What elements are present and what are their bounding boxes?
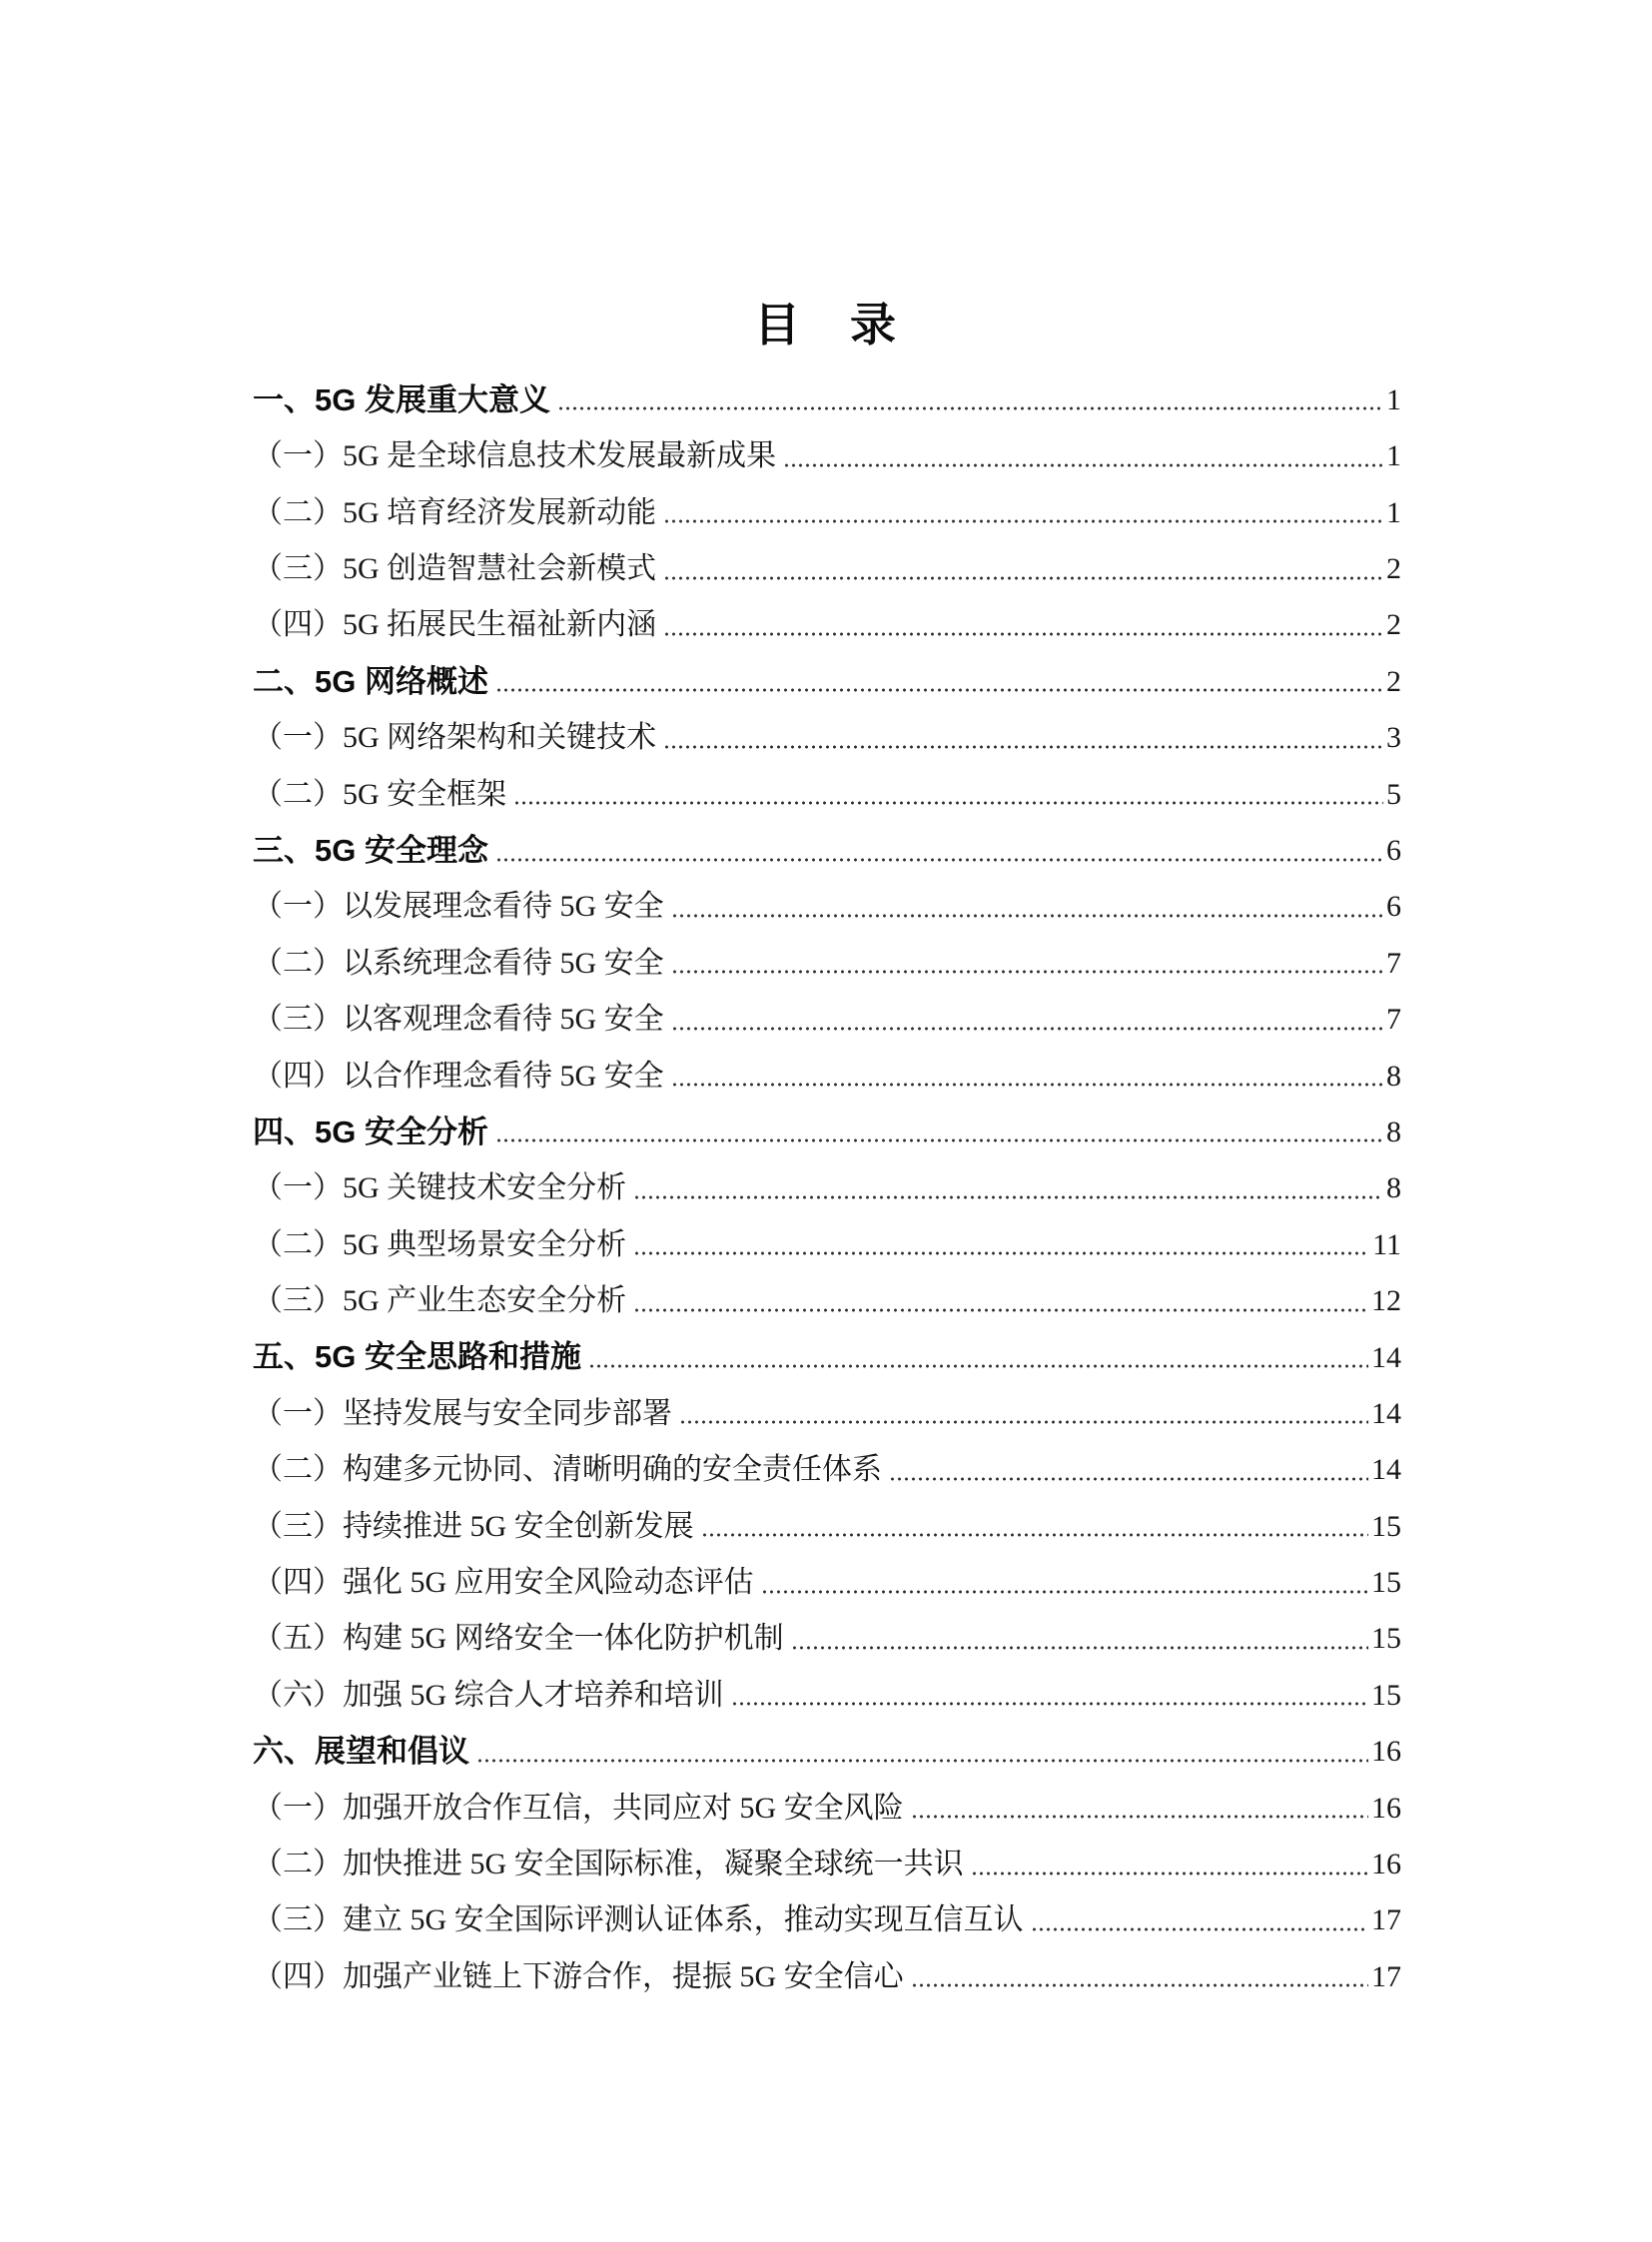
- toc-entry-page: 1: [1386, 439, 1401, 474]
- toc-entry: （一）以发展理念看待 5G 安全 6: [253, 869, 1401, 925]
- toc-entry: （二）加快推进 5G 安全国际标准，凝聚全球统一共识 16: [253, 1826, 1401, 1881]
- toc-entry-label: （一）5G 关键技术安全分析: [253, 1171, 626, 1206]
- toc-entry: （四）5G 拓展民生福祉新内涵 2: [253, 587, 1401, 643]
- toc-entry: （四）加强产业链上下游合作，提振 5G 安全信心 17: [253, 1938, 1401, 1994]
- toc-entry: 六、展望和倡议 16: [253, 1713, 1401, 1769]
- toc-entry-label: （四）5G 拓展民生福祉新内涵: [253, 608, 656, 643]
- toc-entry: （二）5G 典型场景安全分析 11: [253, 1206, 1401, 1262]
- toc-entry: （二）5G 培育经济发展新动能 1: [253, 474, 1401, 530]
- toc-entry: （一）5G 网络架构和关键技术 3: [253, 699, 1401, 755]
- toc-entry-label: （一）5G 网络架构和关键技术: [253, 721, 656, 756]
- toc-entry-label: （一）加强开放合作互信，共同应对 5G 安全风险: [253, 1792, 904, 1827]
- toc-entry-page: 16: [1371, 1848, 1401, 1882]
- toc-dot-leader: [588, 1363, 1368, 1369]
- toc-entry-label: （一）坚持发展与安全同步部署: [253, 1397, 672, 1432]
- toc-dot-leader: [679, 1419, 1368, 1425]
- toc-dot-leader: [701, 1532, 1368, 1538]
- toc-dot-leader: [633, 1194, 1383, 1200]
- toc-entry: （六）加强 5G 综合人才培养和培训 15: [253, 1657, 1401, 1713]
- toc-entry-page: 3: [1386, 721, 1401, 756]
- toc-entry-page: 8: [1386, 1060, 1401, 1095]
- toc-entry-page: 12: [1371, 1284, 1401, 1319]
- toc-entry-page: 14: [1371, 1397, 1401, 1432]
- toc-dot-leader: [663, 575, 1383, 581]
- toc-entry-page: 17: [1371, 1903, 1401, 1938]
- toc-entry-label: 四、5G 安全分析: [253, 1115, 488, 1150]
- toc-dot-leader: [557, 405, 1383, 411]
- toc-dot-leader: [671, 913, 1383, 919]
- toc-dot-leader: [495, 687, 1383, 693]
- toc-entry: （四）以合作理念看待 5G 安全 8: [253, 1038, 1401, 1094]
- toc-entry-label: （五）构建 5G 网络安全一体化防护机制: [253, 1622, 784, 1657]
- toc-entry-label: （四）强化 5G 应用安全风险动态评估: [253, 1566, 754, 1601]
- toc-entry: （二）以系统理念看待 5G 安全 7: [253, 925, 1401, 981]
- toc-entry-label: （六）加强 5G 综合人才培养和培训: [253, 1679, 724, 1714]
- toc-entry-label: 六、展望和倡议: [253, 1734, 469, 1770]
- toc-entry-page: 16: [1371, 1735, 1401, 1770]
- toc-entry: （一）5G 是全球信息技术发展最新成果 1: [253, 417, 1401, 473]
- toc-entry-label: （三）建立 5G 安全国际评测认证体系，推动实现互信互认: [253, 1903, 1024, 1938]
- toc-entry: （三）5G 产业生态安全分析 12: [253, 1262, 1401, 1318]
- toc-list: 一、5G 发展重大意义 1 （一）5G 是全球信息技术发展最新成果 1 （二）5…: [253, 362, 1401, 1994]
- toc-entry: （一）加强开放合作互信，共同应对 5G 安全风险 16: [253, 1770, 1401, 1826]
- toc-entry-page: 15: [1371, 1566, 1401, 1601]
- toc-dot-leader: [476, 1758, 1368, 1764]
- toc-dot-leader: [911, 1982, 1368, 1988]
- toc-entry-page: 1: [1386, 383, 1401, 418]
- toc-dot-leader: [671, 1026, 1383, 1032]
- toc-dot-leader: [761, 1589, 1368, 1595]
- toc-entry-page: 5: [1386, 778, 1401, 813]
- toc-dot-leader: [633, 1250, 1369, 1256]
- toc-entry: 五、5G 安全思路和措施 14: [253, 1319, 1401, 1375]
- toc-dot-leader: [495, 857, 1383, 863]
- toc-entry-label: （三）5G 产业生态安全分析: [253, 1284, 626, 1319]
- toc-dot-leader: [783, 462, 1383, 468]
- toc-entry: （一）坚持发展与安全同步部署 14: [253, 1375, 1401, 1431]
- toc-entry-page: 11: [1372, 1228, 1401, 1263]
- toc-dot-leader: [671, 969, 1383, 975]
- toc-dot-leader: [971, 1870, 1368, 1876]
- toc-entry-page: 7: [1386, 1003, 1401, 1038]
- toc-entry-page: 16: [1371, 1792, 1401, 1827]
- toc-entry: 二、5G 网络概述 2: [253, 643, 1401, 699]
- toc-entry: 三、5G 安全理念 6: [253, 812, 1401, 868]
- toc-entry: （五）构建 5G 网络安全一体化防护机制 15: [253, 1601, 1401, 1657]
- toc-entry-page: 14: [1371, 1453, 1401, 1488]
- toc-entry-page: 1: [1386, 496, 1401, 531]
- page-title: 目 录: [0, 300, 1652, 351]
- toc-entry: （三）持续推进 5G 安全创新发展 15: [253, 1488, 1401, 1544]
- toc-dot-leader: [791, 1645, 1368, 1651]
- toc-entry-label: （二）以系统理念看待 5G 安全: [253, 947, 664, 982]
- toc-entry-label: （二）5G 培育经济发展新动能: [253, 496, 656, 531]
- toc-entry: （三）建立 5G 安全国际评测认证体系，推动实现互信互认 17: [253, 1882, 1401, 1938]
- toc-dot-leader: [663, 631, 1383, 637]
- toc-dot-leader: [889, 1476, 1368, 1482]
- toc-entry-label: 五、5G 安全思路和措施: [253, 1339, 581, 1375]
- toc-entry-page: 7: [1386, 947, 1401, 982]
- toc-entry-page: 6: [1386, 890, 1401, 925]
- toc-dot-leader: [663, 744, 1383, 750]
- toc-entry: 一、5G 发展重大意义 1: [253, 362, 1401, 417]
- toc-entry-page: 8: [1386, 1116, 1401, 1150]
- toc-entry: 四、5G 安全分析 8: [253, 1094, 1401, 1149]
- toc-entry-label: （三）以客观理念看待 5G 安全: [253, 1003, 664, 1038]
- toc-dot-leader: [495, 1137, 1383, 1143]
- toc-entry-label: （三）持续推进 5G 安全创新发展: [253, 1510, 694, 1545]
- toc-entry-page: 17: [1371, 1960, 1401, 1995]
- toc-entry-label: （二）5G 典型场景安全分析: [253, 1228, 626, 1263]
- toc-entry-label: 二、5G 网络概述: [253, 664, 488, 700]
- toc-entry-page: 2: [1386, 552, 1401, 587]
- toc-entry-label: 三、5G 安全理念: [253, 833, 488, 869]
- toc-entry-page: 14: [1371, 1341, 1401, 1376]
- toc-entry-page: 2: [1386, 608, 1401, 643]
- toc-entry-page: 15: [1371, 1622, 1401, 1657]
- toc-entry-label: （四）以合作理念看待 5G 安全: [253, 1060, 664, 1095]
- toc-entry-label: （一）以发展理念看待 5G 安全: [253, 890, 664, 925]
- toc-entry-page: 2: [1386, 665, 1401, 700]
- toc-dot-leader: [731, 1701, 1368, 1707]
- toc-dot-leader: [663, 518, 1383, 524]
- toc-entry-label: （二）5G 安全框架: [253, 778, 506, 813]
- toc-entry-label: （一）5G 是全球信息技术发展最新成果: [253, 439, 776, 474]
- toc-entry: （一）5G 关键技术安全分析 8: [253, 1149, 1401, 1205]
- toc-dot-leader: [513, 800, 1383, 806]
- toc-entry-page: 15: [1371, 1679, 1401, 1714]
- toc-entry-page: 15: [1371, 1510, 1401, 1545]
- toc-entry: （四）强化 5G 应用安全风险动态评估 15: [253, 1544, 1401, 1600]
- toc-dot-leader: [1031, 1926, 1368, 1932]
- toc-entry: （三）以客观理念看待 5G 安全 7: [253, 981, 1401, 1037]
- toc-entry-label: （二）加快推进 5G 安全国际标准，凝聚全球统一共识: [253, 1848, 964, 1882]
- toc-entry-label: （二）构建多元协同、清晰明确的安全责任体系: [253, 1453, 882, 1488]
- toc-entry-label: 一、5G 发展重大意义: [253, 382, 550, 418]
- toc-dot-leader: [671, 1082, 1383, 1088]
- document-page: 目 录 一、5G 发展重大意义 1 （一）5G 是全球信息技术发展最新成果 1 …: [0, 0, 1652, 2242]
- toc-entry-page: 8: [1386, 1171, 1401, 1206]
- toc-dot-leader: [633, 1307, 1368, 1313]
- toc-dot-leader: [911, 1814, 1368, 1820]
- toc-entry-page: 6: [1386, 834, 1401, 869]
- toc-entry: （三）5G 创造智慧社会新模式 2: [253, 530, 1401, 586]
- toc-entry-label: （四）加强产业链上下游合作，提振 5G 安全信心: [253, 1960, 904, 1995]
- toc-entry: （二）构建多元协同、清晰明确的安全责任体系 14: [253, 1431, 1401, 1487]
- toc-entry: （二）5G 安全框架 5: [253, 756, 1401, 812]
- toc-entry-label: （三）5G 创造智慧社会新模式: [253, 552, 656, 587]
